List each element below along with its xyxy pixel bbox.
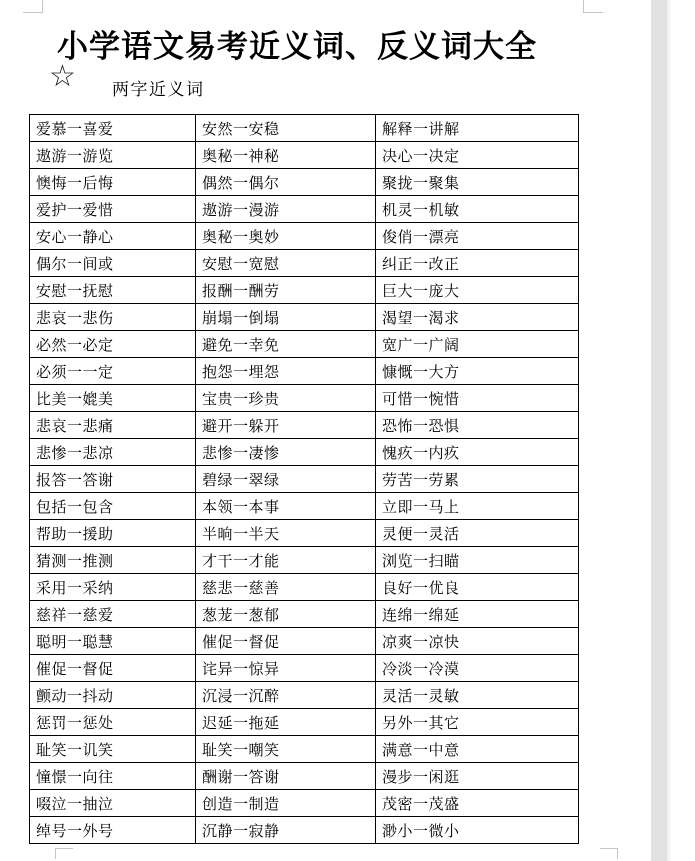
synonym-cell: 慈祥一慈爱 — [30, 601, 196, 628]
table-row: 懊悔一后悔偶然一偶尔聚拢一聚集 — [30, 169, 579, 196]
synonym-cell: 必须一一定 — [30, 358, 196, 385]
synonym-cell: 可惜一惋惜 — [376, 385, 579, 412]
section-heading: 两字近义词 — [112, 75, 205, 100]
star-outline-icon: ☆ — [49, 62, 76, 92]
synonym-cell: 偶尔一间或 — [30, 250, 196, 277]
synonym-cell: 悲哀一悲伤 — [30, 304, 196, 331]
page-margin-mark-bottom-left — [55, 848, 73, 859]
synonym-cell: 比美一媲美 — [30, 385, 196, 412]
synonym-cell: 才干一才能 — [196, 547, 376, 574]
table-row: 悲惨一悲凉悲惨一凄惨愧疚一内疚 — [30, 439, 579, 466]
synonym-cell: 悲惨一凄惨 — [196, 439, 376, 466]
synonym-cell: 绰号一外号 — [30, 817, 196, 844]
table-row: 必须一一定抱怨一埋怨慷慨一大方 — [30, 358, 579, 385]
synonym-cell: 劳苦一劳累 — [376, 466, 579, 493]
table-row: 遨游一游览奥秘一神秘决心一决定 — [30, 142, 579, 169]
synonym-cell: 安然一安稳 — [196, 115, 376, 142]
synonym-cell: 半晌一半天 — [196, 520, 376, 547]
synonym-cell: 恐怖一恐惧 — [376, 412, 579, 439]
page-margin-mark-top-left — [23, 0, 43, 13]
synonym-cell: 安心一静心 — [30, 223, 196, 250]
synonym-cell: 巨大一庞大 — [376, 277, 579, 304]
synonym-cell: 聚拢一聚集 — [376, 169, 579, 196]
table-row: 安慰一抚慰报酬一酬劳巨大一庞大 — [30, 277, 579, 304]
synonym-cell: 避免一幸免 — [196, 331, 376, 358]
synonym-cell: 浏览一扫瞄 — [376, 547, 579, 574]
synonym-cell: 本领一本事 — [196, 493, 376, 520]
synonym-cell: 奥秘一神秘 — [196, 142, 376, 169]
table-row: 惩罚一惩处迟延一拖延另外一其它 — [30, 709, 579, 736]
synonym-cell: 立即一马上 — [376, 493, 579, 520]
synonym-cell: 冷淡一冷漠 — [376, 655, 579, 682]
synonym-cell: 俊俏一漂亮 — [376, 223, 579, 250]
table-row: 采用一采纳慈悲一慈善良好一优良 — [30, 574, 579, 601]
synonym-cell: 耻笑一讥笑 — [30, 736, 196, 763]
synonym-cell: 必然一必定 — [30, 331, 196, 358]
synonym-cell: 慷慨一大方 — [376, 358, 579, 385]
table-row: 包括一包含本领一本事立即一马上 — [30, 493, 579, 520]
synonym-cell: 安慰一抚慰 — [30, 277, 196, 304]
synonym-cell: 茂密一茂盛 — [376, 790, 579, 817]
synonym-cell: 沉静一寂静 — [196, 817, 376, 844]
synonym-cell: 爱慕一喜爱 — [30, 115, 196, 142]
table-row: 绰号一外号沉静一寂静渺小一微小 — [30, 817, 579, 844]
synonym-cell: 催促一督促 — [30, 655, 196, 682]
table-row: 耻笑一讥笑耻笑一嘲笑满意一中意 — [30, 736, 579, 763]
synonym-cell: 解释一讲解 — [376, 115, 579, 142]
synonym-cell: 纠正一改正 — [376, 250, 579, 277]
synonym-cell: 凉爽一凉快 — [376, 628, 579, 655]
synonym-cell: 遨游一漫游 — [196, 196, 376, 223]
synonym-cell: 憧憬一向往 — [30, 763, 196, 790]
synonym-cell: 颤动一抖动 — [30, 682, 196, 709]
table-row: 爱慕一喜爱安然一安稳解释一讲解 — [30, 115, 579, 142]
synonym-cell: 酬谢一答谢 — [196, 763, 376, 790]
synonym-cell: 聪明一聪慧 — [30, 628, 196, 655]
synonym-cell: 创造一制造 — [196, 790, 376, 817]
synonym-cell: 猜测一推测 — [30, 547, 196, 574]
synonyms-table: 爱慕一喜爱安然一安稳解释一讲解遨游一游览奥秘一神秘决心一决定懊悔一后悔偶然一偶尔… — [29, 114, 579, 844]
table-row: 颤动一抖动沉浸一沉醉灵活一灵敏 — [30, 682, 579, 709]
synonym-cell: 啜泣一抽泣 — [30, 790, 196, 817]
table-row: 催促一督促诧异一惊异冷淡一冷漠 — [30, 655, 579, 682]
table-row: 悲哀一悲伤崩塌一倒塌渴望一渴求 — [30, 304, 579, 331]
page-title: 小学语文易考近义词、反义词大全 — [57, 21, 537, 66]
table-row: 悲哀一悲痛避开一躲开恐怖一恐惧 — [30, 412, 579, 439]
synonym-cell: 沉浸一沉醉 — [196, 682, 376, 709]
synonym-cell: 满意一中意 — [376, 736, 579, 763]
synonym-cell: 宝贵一珍贵 — [196, 385, 376, 412]
synonym-cell: 帮助一援助 — [30, 520, 196, 547]
synonym-cell: 采用一采纳 — [30, 574, 196, 601]
synonym-cell: 碧绿一翠绿 — [196, 466, 376, 493]
synonym-cell: 灵便一灵活 — [376, 520, 579, 547]
synonym-cell: 慈悲一慈善 — [196, 574, 376, 601]
synonym-cell: 报酬一酬劳 — [196, 277, 376, 304]
table-row: 慈祥一慈爱葱茏一葱郁连绵一绵延 — [30, 601, 579, 628]
synonym-cell: 决心一决定 — [376, 142, 579, 169]
synonym-cell: 爱护一爱惜 — [30, 196, 196, 223]
table-row: 啜泣一抽泣创造一制造茂密一茂盛 — [30, 790, 579, 817]
synonym-cell: 机灵一机敏 — [376, 196, 579, 223]
synonym-cell: 懊悔一后悔 — [30, 169, 196, 196]
synonym-cell: 渺小一微小 — [376, 817, 579, 844]
synonym-cell: 连绵一绵延 — [376, 601, 579, 628]
synonym-cell: 包括一包含 — [30, 493, 196, 520]
table-row: 帮助一援助半晌一半天灵便一灵活 — [30, 520, 579, 547]
vertical-scrollbar[interactable] — [651, 0, 670, 861]
table-row: 猜测一推测才干一才能浏览一扫瞄 — [30, 547, 579, 574]
synonym-cell: 偶然一偶尔 — [196, 169, 376, 196]
synonym-cell: 宽广一广阔 — [376, 331, 579, 358]
synonym-cell: 崩塌一倒塌 — [196, 304, 376, 331]
synonym-cell: 遨游一游览 — [30, 142, 196, 169]
synonym-cell: 悲哀一悲痛 — [30, 412, 196, 439]
page-margin-mark-top-right — [583, 0, 603, 13]
synonym-cell: 诧异一惊异 — [196, 655, 376, 682]
synonym-cell: 悲惨一悲凉 — [30, 439, 196, 466]
page-margin-mark-bottom-right — [600, 848, 618, 859]
synonym-cell: 灵活一灵敏 — [376, 682, 579, 709]
table-row: 爱护一爱惜遨游一漫游机灵一机敏 — [30, 196, 579, 223]
synonym-cell: 耻笑一嘲笑 — [196, 736, 376, 763]
synonym-cell: 良好一优良 — [376, 574, 579, 601]
table-row: 偶尔一间或安慰一宽慰纠正一改正 — [30, 250, 579, 277]
table-row: 报答一答谢碧绿一翠绿劳苦一劳累 — [30, 466, 579, 493]
synonym-cell: 催促一督促 — [196, 628, 376, 655]
table-row: 比美一媲美宝贵一珍贵可惜一惋惜 — [30, 385, 579, 412]
table-row: 憧憬一向往酬谢一答谢漫步一闲逛 — [30, 763, 579, 790]
table-row: 聪明一聪慧催促一督促凉爽一凉快 — [30, 628, 579, 655]
synonym-cell: 安慰一宽慰 — [196, 250, 376, 277]
synonym-cell: 迟延一拖延 — [196, 709, 376, 736]
synonym-cell: 抱怨一埋怨 — [196, 358, 376, 385]
synonym-cell: 另外一其它 — [376, 709, 579, 736]
synonym-cell: 愧疚一内疚 — [376, 439, 579, 466]
synonym-cell: 惩罚一惩处 — [30, 709, 196, 736]
synonyms-table-body: 爱慕一喜爱安然一安稳解释一讲解遨游一游览奥秘一神秘决心一决定懊悔一后悔偶然一偶尔… — [30, 115, 579, 844]
synonym-cell: 葱茏一葱郁 — [196, 601, 376, 628]
synonym-cell: 渴望一渴求 — [376, 304, 579, 331]
synonym-cell: 奥秘一奥妙 — [196, 223, 376, 250]
table-row: 安心一静心奥秘一奥妙俊俏一漂亮 — [30, 223, 579, 250]
synonym-cell: 漫步一闲逛 — [376, 763, 579, 790]
synonym-cell: 报答一答谢 — [30, 466, 196, 493]
table-row: 必然一必定避免一幸免宽广一广阔 — [30, 331, 579, 358]
synonym-cell: 避开一躲开 — [196, 412, 376, 439]
